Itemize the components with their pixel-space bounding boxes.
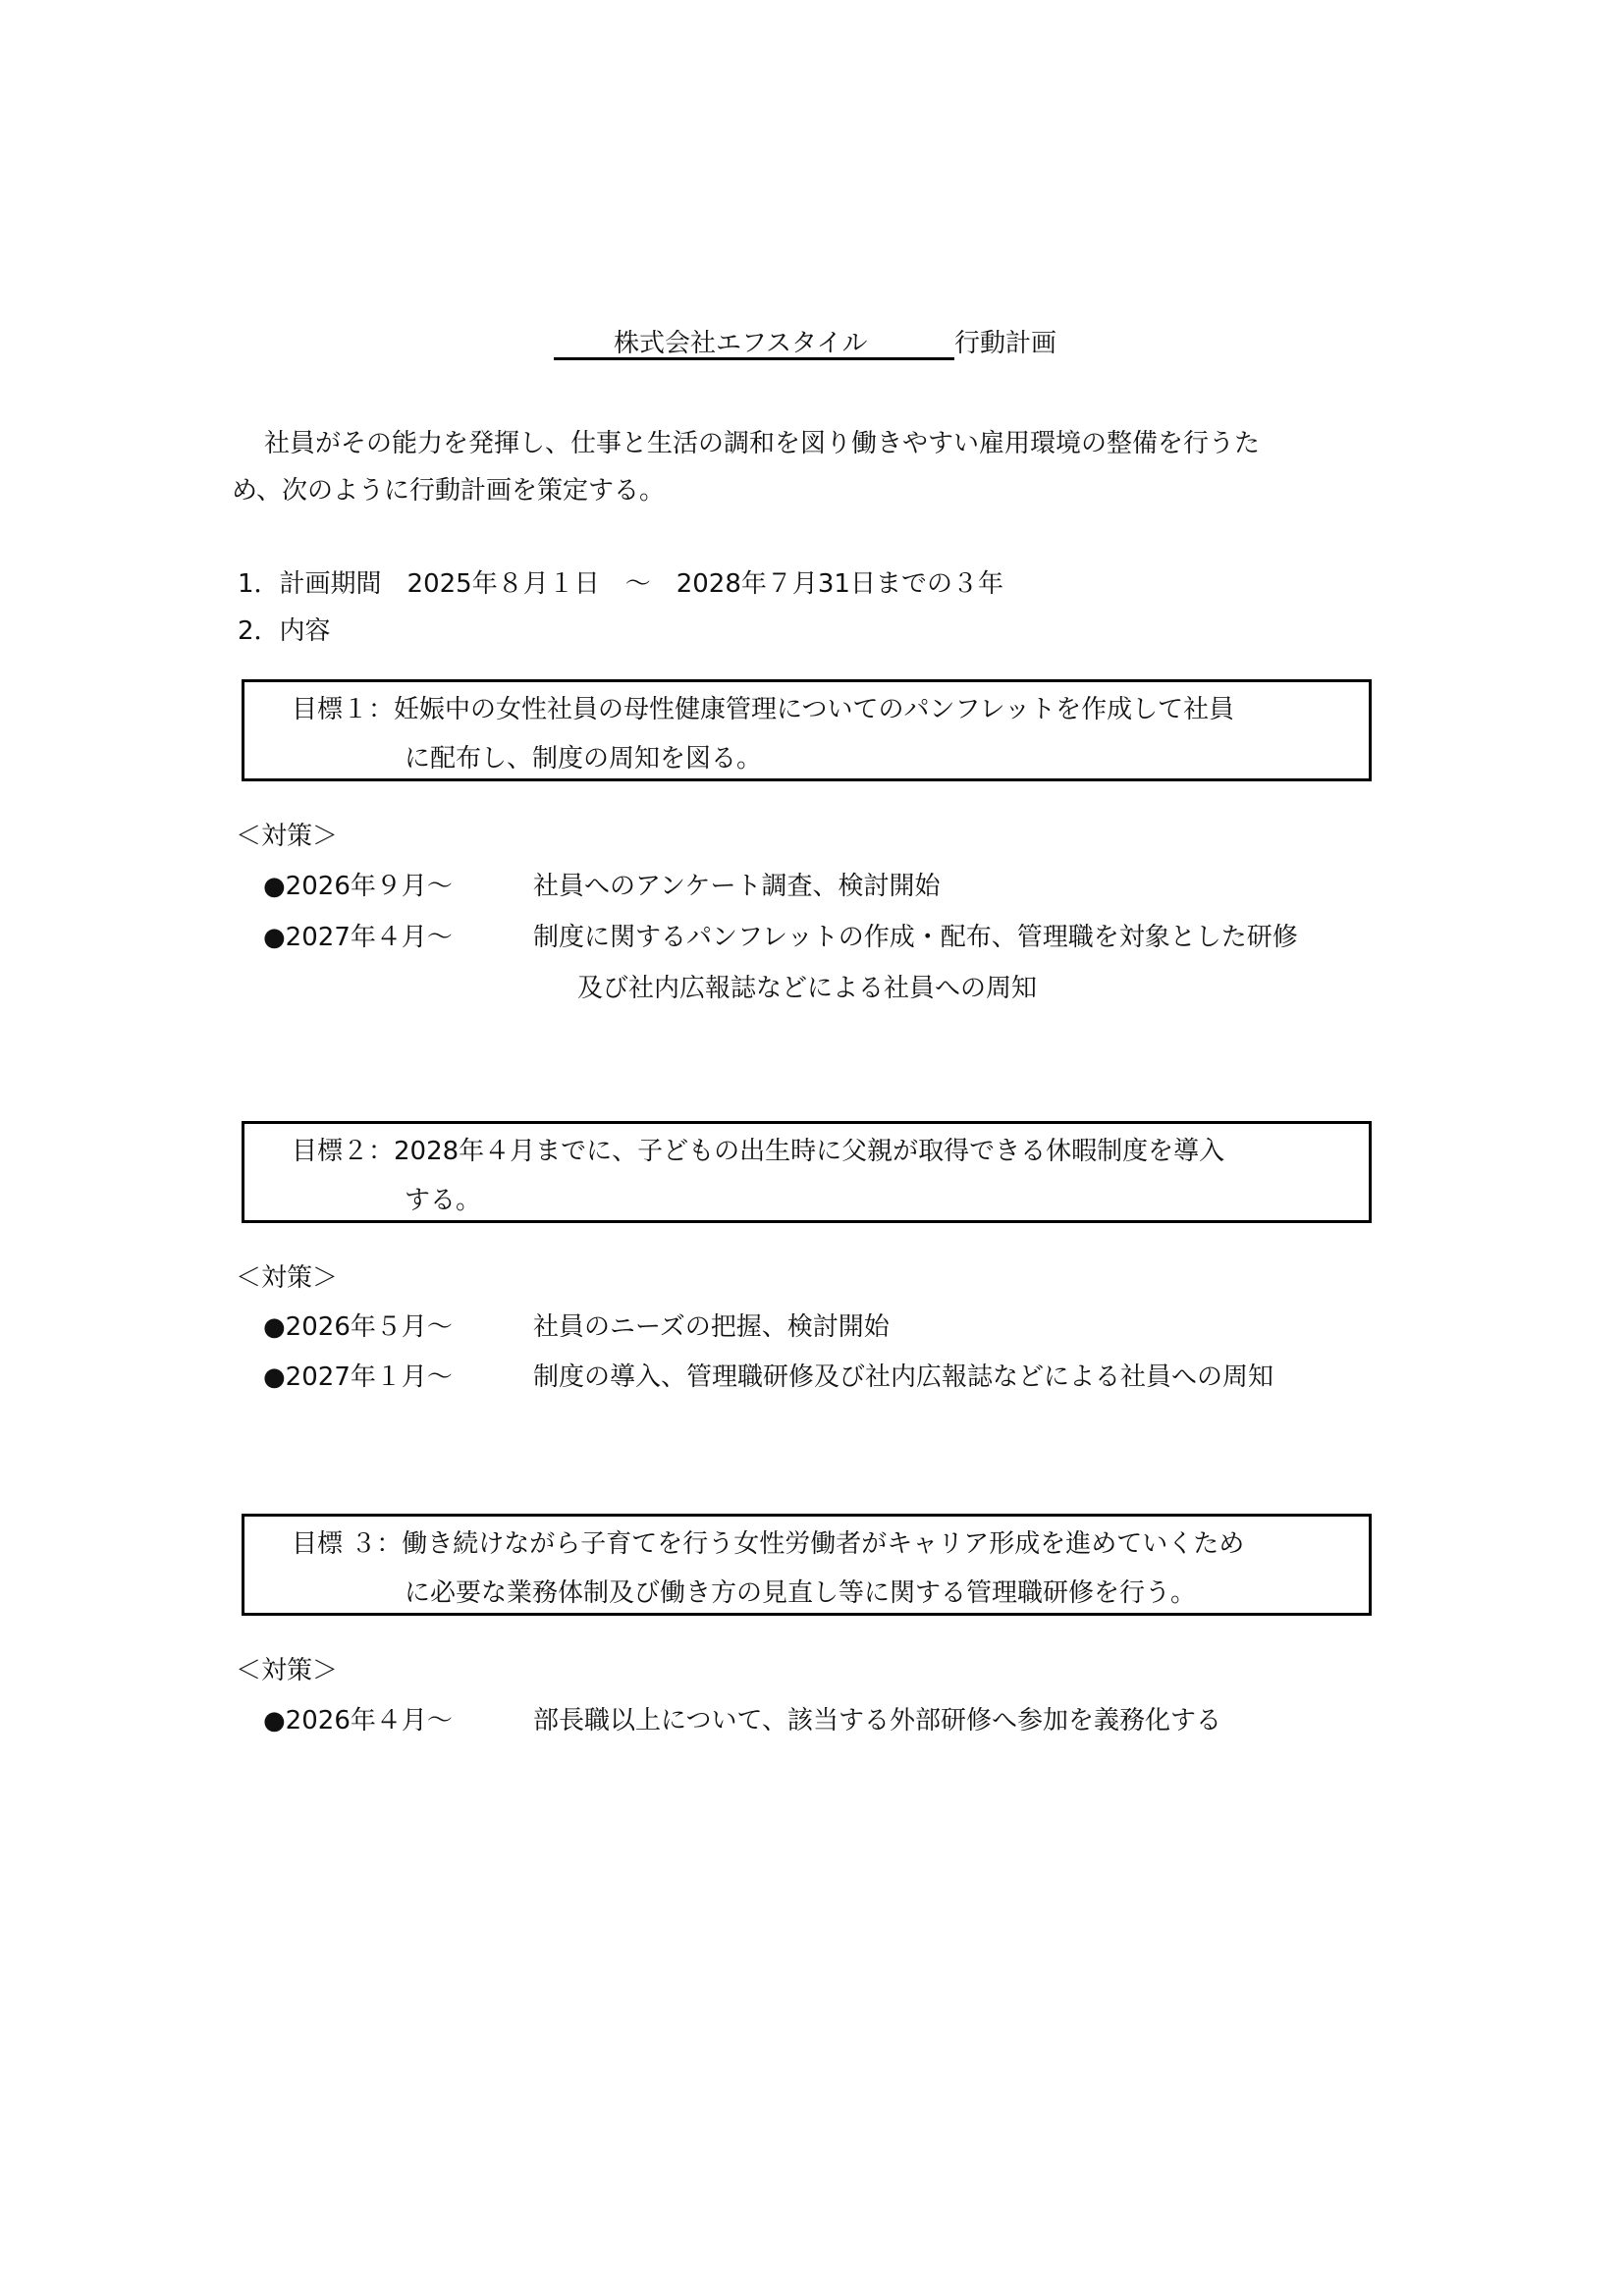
- goal-3-line-2: に必要な業務体制及び働き方の見直し等に関する管理職研修を行う。: [405, 1576, 1196, 1610]
- goal-2-line-2: する。: [405, 1184, 481, 1217]
- document-title: 株式会社エフスタイル行動計画: [554, 327, 1056, 366]
- goal-3-measure-1-date: ●2026年４月～: [263, 1704, 453, 1737]
- goal-3-line-1: 目標 ３：働き続けながら子育てを行う女性労働者がキャリア形成を進めていくため: [292, 1527, 1244, 1561]
- content-heading: 2．内容: [238, 614, 331, 648]
- company-name: 株式会社エフスタイル: [554, 327, 954, 360]
- goal-3-box: 目標 ３：働き続けながら子育てを行う女性労働者がキャリア形成を進めていくため に…: [242, 1514, 1372, 1616]
- goal-2-box: 目標２：2028年４月までに、子どもの出生時に父親が取得できる休暇制度を導入 す…: [242, 1121, 1372, 1223]
- goal-1-box: 目標１：妊娠中の女性社員の母性健康管理についてのパンフレットを作成して社員 に配…: [242, 679, 1372, 781]
- goal-1-line-1: 目標１：妊娠中の女性社員の母性健康管理についてのパンフレットを作成して社員: [292, 693, 1234, 726]
- goal-3-measure-1-text: 部長職以上について、該当する外部研修へ参加を義務化する: [533, 1704, 1221, 1737]
- goal-2-measure-1-text: 社員のニーズの把握、検討開始: [533, 1310, 890, 1344]
- goal-2-measure-2-date: ●2027年１月～: [263, 1361, 453, 1394]
- title-suffix: 行動計画: [954, 327, 1056, 360]
- goal-2-measure-1-date: ●2026年５月～: [263, 1310, 453, 1344]
- goal-1-line-2: に配布し、制度の周知を図る。: [405, 742, 762, 775]
- goal-1-measure-1-text: 社員へのアンケート調査、検討開始: [533, 870, 940, 903]
- intro-line-1: 社員がその能力を発揮し、仕事と生活の調和を図り働きやすい雇用環境の整備を行うた: [264, 427, 1260, 460]
- goal-1-measure-2-date: ●2027年４月～: [263, 921, 453, 954]
- goal-1-measure-1-date: ●2026年９月～: [263, 870, 453, 903]
- goal-1-measure-2-continuation: 及び社内広報誌などによる社員への周知: [577, 972, 1037, 1005]
- intro-line-2: め、次のように行動計画を策定する。: [232, 474, 665, 507]
- goal-1-measure-2-text: 制度に関するパンフレットの作成・配布、管理職を対象とした研修: [533, 921, 1298, 954]
- goal-2-measures-heading: ＜対策＞: [236, 1261, 338, 1295]
- goal-2-line-1: 目標２：2028年４月までに、子どもの出生時に父親が取得できる休暇制度を導入: [292, 1135, 1224, 1168]
- goal-3-measures-heading: ＜対策＞: [236, 1654, 338, 1687]
- goal-2-measure-2-text: 制度の導入、管理職研修及び社内広報誌などによる社員への周知: [533, 1361, 1273, 1394]
- goal-1-measures-heading: ＜対策＞: [236, 820, 338, 853]
- plan-period: 1．計画期間 2025年８月１日 ～ 2028年７月31日までの３年: [238, 567, 1003, 601]
